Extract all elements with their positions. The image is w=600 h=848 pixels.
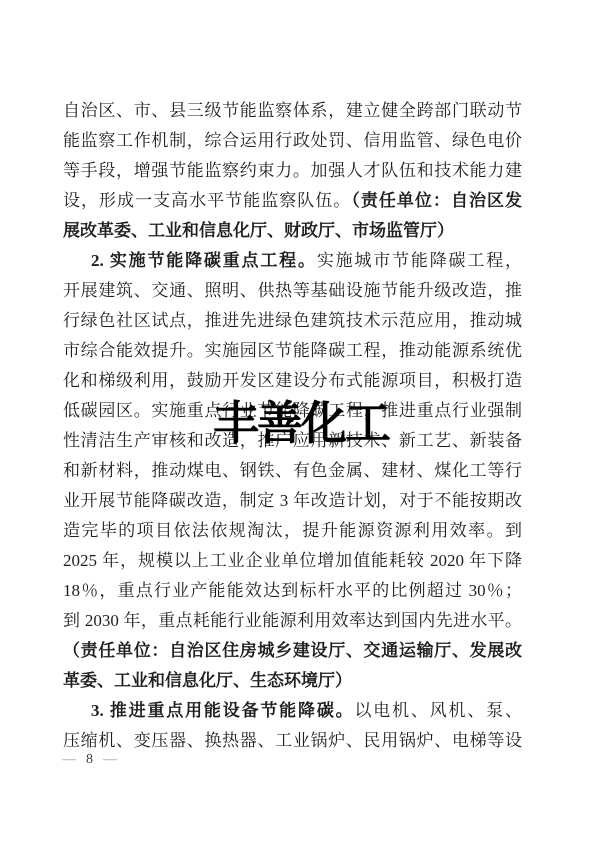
body-text-segment: 实施城市节能降碳工程， <box>317 251 522 270</box>
emphasized-text-segment: 3. 推进重点用能设备节能降碳。 <box>91 701 354 720</box>
text-line: 2. 实施节能降碳重点工程。实施城市节能降碳工程， <box>63 246 522 276</box>
emphasized-text-segment: 展改革委、工业和信息化厅、财政厅、市场监管厅） <box>63 221 454 240</box>
emphasized-text-segment: 革委、工业和信息化厅、生态环境厅） <box>63 671 352 690</box>
body-text-segment: 压缩机、变压器、换热器、工业锅炉、民用锅炉、电梯等设 <box>63 731 522 750</box>
body-text-segment: 到 2030 年，重点耗能行业能源利用效率达到国内先进水平。 <box>63 611 522 630</box>
body-text-segment: 自治区、市、县三级节能监察体系，建立健全跨部门联动节 <box>63 101 522 120</box>
body-text-segment: 市综合能效提升。实施园区节能降碳工程，推动能源系统优 <box>63 341 522 360</box>
page-number-dash-left: — <box>62 752 76 767</box>
body-text-segment: 2025 年，规模以上工业企业单位增加值能耗较 2020 年下降 <box>63 551 522 570</box>
text-line: 展改革委、工业和信息化厅、财政厅、市场监管厅） <box>63 216 522 246</box>
emphasized-text-segment: （责任单位：自治区发 <box>351 191 522 210</box>
body-text-segment: 和新材料，推动煤电、钢铁、有色金属、建材、煤化工等行 <box>63 461 522 480</box>
text-line: 开展建筑、交通、照明、供热等基础设施节能升级改造，推 <box>63 276 522 306</box>
body-text-segment: 开展建筑、交通、照明、供热等基础设施节能升级改造，推 <box>63 281 522 300</box>
body-text-segment: 等手段，增强节能监察约束力。加强人才队伍和技术能力建 <box>63 161 522 180</box>
text-line: 等手段，增强节能监察约束力。加强人才队伍和技术能力建 <box>63 156 522 186</box>
text-line: 压缩机、变压器、换热器、工业锅炉、民用锅炉、电梯等设 <box>63 726 522 756</box>
body-text-segment: 业开展节能降碳改造，制定 3 年改造计划，对于不能按期改 <box>63 491 522 510</box>
body-text-segment: 行绿色社区试点，推进先进绿色建筑技术示范应用，推动城 <box>63 311 522 330</box>
body-text-segment: 设，形成一支高水平节能监察队伍。 <box>63 191 351 210</box>
text-line: （责任单位：自治区住房城乡建设厅、交通运输厅、发展改 <box>63 636 522 666</box>
text-line: 革委、工业和信息化厅、生态环境厅） <box>63 666 522 696</box>
body-text-segment: 18％，重点行业产能能效达到标杆水平的比例超过 30％； <box>63 581 522 600</box>
text-line: 行绿色社区试点，推进先进绿色建筑技术示范应用，推动城 <box>63 306 522 336</box>
page-number-value: 8 <box>86 752 93 767</box>
text-line: 能监察工作机制，综合运用行政处罚、信用监管、绿色电价 <box>63 126 522 156</box>
body-text-segment: 造完毕的项目依法依规淘汰，提升能源资源利用效率。到 <box>63 521 522 540</box>
page-number: —8— <box>62 751 117 769</box>
text-line: 3. 推进重点用能设备节能降碳。以电机、风机、泵、 <box>63 696 522 726</box>
text-line: 自治区、市、县三级节能监察体系，建立健全跨部门联动节 <box>63 96 522 126</box>
text-line: 2025 年，规模以上工业企业单位增加值能耗较 2020 年下降 <box>63 546 522 576</box>
body-text-segment: 化和梯级利用，鼓励开发区建设分布式能源项目，积极打造 <box>63 371 522 390</box>
emphasized-text-segment: （责任单位：自治区住房城乡建设厅、交通运输厅、发展改 <box>63 641 522 660</box>
text-line: 设，形成一支高水平节能监察队伍。（责任单位：自治区发 <box>63 186 522 216</box>
text-line: 18％，重点行业产能能效达到标杆水平的比例超过 30％； <box>63 576 522 606</box>
text-line: 造完毕的项目依法依规淘汰，提升能源资源利用效率。到 <box>63 516 522 546</box>
text-line: 化和梯级利用，鼓励开发区建设分布式能源项目，积极打造 <box>63 366 522 396</box>
emphasized-text-segment: 2. 实施节能降碳重点工程。 <box>91 251 317 270</box>
text-line: 到 2030 年，重点耗能行业能源利用效率达到国内先进水平。 <box>63 606 522 636</box>
body-text-segment: 以电机、风机、泵、 <box>354 701 522 720</box>
body-text-segment: 能监察工作机制，综合运用行政处罚、信用监管、绿色电价 <box>63 131 522 150</box>
text-line: 和新材料，推动煤电、钢铁、有色金属、建材、煤化工等行 <box>63 456 522 486</box>
watermark-text: 丰善化工 <box>213 398 397 449</box>
text-line: 业开展节能降碳改造，制定 3 年改造计划，对于不能按期改 <box>63 486 522 516</box>
document-page: 自治区、市、县三级节能监察体系，建立健全跨部门联动节能监察工作机制，综合运用行政… <box>0 0 600 848</box>
text-line: 市综合能效提升。实施园区节能降碳工程，推动能源系统优 <box>63 336 522 366</box>
page-number-dash-right: — <box>103 752 117 767</box>
